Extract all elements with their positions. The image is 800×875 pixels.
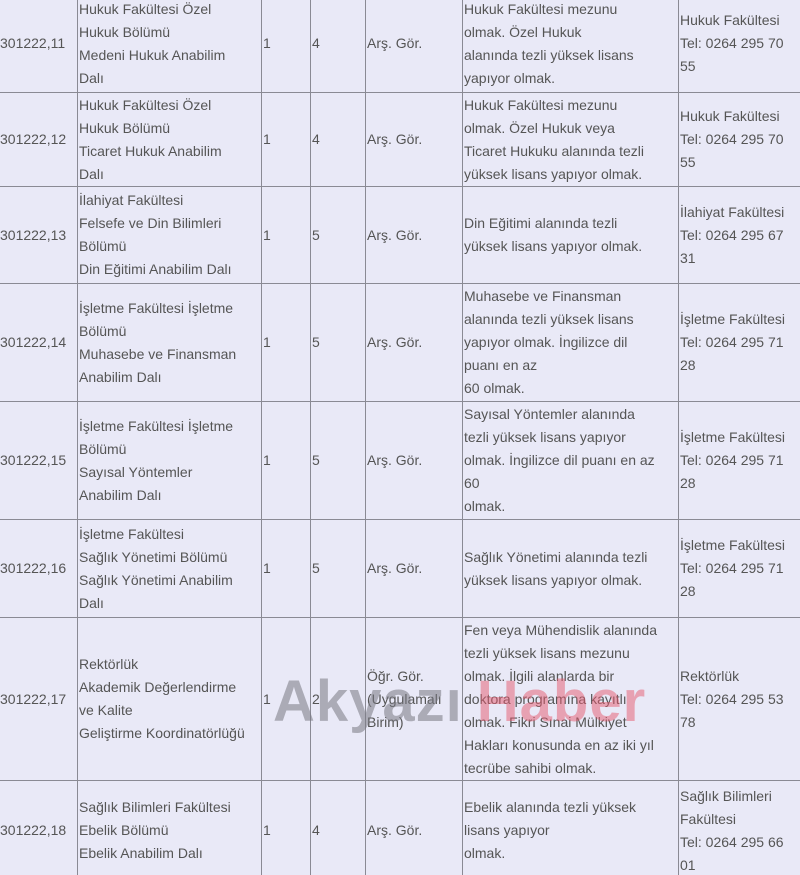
unit-line: Bölümü <box>79 438 260 461</box>
unit-line: Hukuk Fakültesi Özel <box>79 94 260 117</box>
contact-line: 55 <box>680 55 800 78</box>
requirements-line: Sağlık Yönetimi alanında tezli <box>464 546 677 569</box>
title-line: Arş. Gör. <box>367 449 461 472</box>
contact-line: Tel: 0264 295 70 <box>680 32 800 55</box>
count-cell: 1 <box>262 781 311 875</box>
title-line: Arş. Gör. <box>367 128 461 151</box>
table-row: 301222,18Sağlık Bilimleri FakültesiEbeli… <box>0 781 800 875</box>
title-line: Arş. Gör. <box>367 819 461 842</box>
requirements-line: olmak. İngilizce dil puanı en az <box>464 449 677 472</box>
unit-cell: RektörlükAkademik Değerlendirmeve Kalite… <box>78 618 262 781</box>
count-cell: 1 <box>262 402 311 520</box>
unit-line: Ticaret Hukuk Anabilim <box>79 140 260 163</box>
requirements-line: yüksek lisans yapıyor olmak. <box>464 569 677 592</box>
unit-line: Rektörlük <box>79 653 260 676</box>
unit-line: Hukuk Fakültesi Özel <box>79 0 260 21</box>
contact-line: Fakültesi <box>680 808 800 831</box>
requirements-line: alanında tezli yüksek lisans <box>464 44 677 67</box>
unit-line: Sağlık Yönetimi Bölümü <box>79 546 260 569</box>
contact-line: Hukuk Fakültesi <box>680 105 800 128</box>
contact-line: İlahiyat Fakültesi <box>680 201 800 224</box>
contact-cell: RektörlükTel: 0264 295 5378 <box>679 618 800 781</box>
requirements-line: Ticaret Hukuku alanında tezli <box>464 140 677 163</box>
contact-line: 01 <box>680 854 800 875</box>
contact-line: Tel: 0264 295 66 <box>680 831 800 854</box>
unit-cell: İşletme Fakültesi İşletmeBölümüMuhasebe … <box>78 284 262 402</box>
points-cell: 4 <box>311 0 366 93</box>
contact-line: Tel: 0264 295 71 <box>680 331 800 354</box>
unit-cell: Sağlık Bilimleri FakültesiEbelik BölümüE… <box>78 781 262 875</box>
unit-line: Ebelik Bölümü <box>79 819 260 842</box>
requirements-line: lisans yapıyor <box>464 819 677 842</box>
requirements-cell: Muhasebe ve Finansmanalanında tezli yüks… <box>463 284 679 402</box>
contact-line: Tel: 0264 295 71 <box>680 557 800 580</box>
table-row: 301222,16İşletme FakültesiSağlık Yönetim… <box>0 520 800 618</box>
unit-line: Sağlık Bilimleri Fakültesi <box>79 796 260 819</box>
requirements-line: tezli yüksek lisans yapıyor <box>464 426 677 449</box>
unit-line: Dalı <box>79 592 260 615</box>
table-row: 301222,17RektörlükAkademik Değerlendirme… <box>0 618 800 781</box>
requirements-cell: Din Eğitimi alanında tezliyüksek lisans … <box>463 187 679 284</box>
points-cell: 2 <box>311 618 366 781</box>
unit-line: Hukuk Bölümü <box>79 117 260 140</box>
requirements-cell: Ebelik alanında tezli yükseklisans yapıy… <box>463 781 679 875</box>
unit-line: İlahiyat Fakültesi <box>79 189 260 212</box>
requirements-line: Hukuk Fakültesi mezunu <box>464 94 677 117</box>
table-row: 301222,14İşletme Fakültesi İşletmeBölümü… <box>0 284 800 402</box>
requirements-line: 60 olmak. <box>464 377 677 400</box>
unit-line: Anabilim Dalı <box>79 366 260 389</box>
requirements-line: Din Eğitimi alanında tezli <box>464 212 677 235</box>
position-code-cell: 301222,14 <box>0 284 78 402</box>
requirements-line: doktora programına kayıtlı <box>464 688 677 711</box>
unit-line: Akademik Değerlendirme <box>79 676 260 699</box>
requirements-line: tecrübe sahibi olmak. <box>464 757 677 780</box>
unit-cell: İlahiyat FakültesiFelsefe ve Din Bilimle… <box>78 187 262 284</box>
contact-cell: Sağlık BilimleriFakültesiTel: 0264 295 6… <box>679 781 800 875</box>
title-cell: Arş. Gör. <box>366 0 463 93</box>
title-line: Öğr. Gör. <box>367 665 461 688</box>
unit-line: Din Eğitimi Anabilim Dalı <box>79 258 260 281</box>
requirements-line: Hukuk Fakültesi mezunu <box>464 0 677 21</box>
requirements-cell: Hukuk Fakültesi mezunuolmak. Özel Hukuka… <box>463 0 679 93</box>
requirements-cell: Fen veya Mühendislik alanındatezli yükse… <box>463 618 679 781</box>
count-cell: 1 <box>262 0 311 93</box>
points-cell: 4 <box>311 781 366 875</box>
requirements-line: puanı en az <box>464 354 677 377</box>
requirements-line: alanında tezli yüksek lisans <box>464 308 677 331</box>
unit-line: Sağlık Yönetimi Anabilim <box>79 569 260 592</box>
position-code-cell: 301222,13 <box>0 187 78 284</box>
requirements-line: yüksek lisans yapıyor olmak. <box>464 163 677 186</box>
unit-line: Medeni Hukuk Anabilim <box>79 44 260 67</box>
contact-line: İşletme Fakültesi <box>680 534 800 557</box>
requirements-line: Sayısal Yöntemler alanında <box>464 403 677 426</box>
title-cell: Arş. Gör. <box>366 284 463 402</box>
requirements-line: yüksek lisans yapıyor olmak. <box>464 235 677 258</box>
unit-line: İşletme Fakültesi İşletme <box>79 415 260 438</box>
contact-line: İşletme Fakültesi <box>680 426 800 449</box>
title-cell: Arş. Gör. <box>366 187 463 284</box>
count-cell: 1 <box>262 618 311 781</box>
position-code-cell: 301222,18 <box>0 781 78 875</box>
title-cell: Arş. Gör. <box>366 781 463 875</box>
requirements-line: olmak. <box>464 842 677 865</box>
unit-line: Hukuk Bölümü <box>79 21 260 44</box>
requirements-line: olmak. Özel Hukuk <box>464 21 677 44</box>
unit-line: Bölümü <box>79 235 260 258</box>
table-row: 301222,12Hukuk Fakültesi ÖzelHukuk Bölüm… <box>0 93 800 187</box>
requirements-line: olmak. İlgili alanlarda bir <box>464 665 677 688</box>
contact-line: İşletme Fakültesi <box>680 308 800 331</box>
requirements-line: yapıyor olmak. İngilizce dil <box>464 331 677 354</box>
title-line: Birim) <box>367 711 461 734</box>
unit-line: Sayısal Yöntemler <box>79 461 260 484</box>
contact-line: Tel: 0264 295 67 <box>680 224 800 247</box>
contact-cell: Hukuk FakültesiTel: 0264 295 7055 <box>679 0 800 93</box>
contact-line: 78 <box>680 711 800 734</box>
contact-line: Hukuk Fakültesi <box>680 9 800 32</box>
unit-line: Dalı <box>79 67 260 90</box>
requirements-line: Muhasebe ve Finansman <box>464 285 677 308</box>
unit-cell: İşletme Fakültesi İşletmeBölümüSayısal Y… <box>78 402 262 520</box>
contact-line: 28 <box>680 580 800 603</box>
position-code-cell: 301222,15 <box>0 402 78 520</box>
table-row: 301222,11Hukuk Fakültesi ÖzelHukuk Bölüm… <box>0 0 800 93</box>
contact-line: 55 <box>680 151 800 174</box>
title-line: Arş. Gör. <box>367 331 461 354</box>
points-cell: 4 <box>311 93 366 187</box>
requirements-line: olmak. Özel Hukuk veya <box>464 117 677 140</box>
contact-cell: İşletme FakültesiTel: 0264 295 7128 <box>679 520 800 618</box>
points-cell: 5 <box>311 402 366 520</box>
contact-cell: Hukuk FakültesiTel: 0264 295 7055 <box>679 93 800 187</box>
contact-line: 31 <box>680 247 800 270</box>
contact-line: Rektörlük <box>680 665 800 688</box>
requirements-cell: Hukuk Fakültesi mezunuolmak. Özel Hukuk … <box>463 93 679 187</box>
count-cell: 1 <box>262 93 311 187</box>
title-line: Arş. Gör. <box>367 224 461 247</box>
unit-cell: Hukuk Fakültesi ÖzelHukuk BölümüTicaret … <box>78 93 262 187</box>
requirements-line: yapıyor olmak. <box>464 67 677 90</box>
title-line: Arş. Gör. <box>367 32 461 55</box>
table-row: 301222,15İşletme Fakültesi İşletmeBölümü… <box>0 402 800 520</box>
contact-line: Tel: 0264 295 70 <box>680 128 800 151</box>
unit-line: ve Kalite <box>79 699 260 722</box>
table-row: 301222,13İlahiyat FakültesiFelsefe ve Di… <box>0 187 800 284</box>
count-cell: 1 <box>262 284 311 402</box>
contact-line: Sağlık Bilimleri <box>680 785 800 808</box>
unit-line: Ebelik Anabilim Dalı <box>79 842 260 865</box>
unit-cell: Hukuk Fakültesi ÖzelHukuk BölümüMedeni H… <box>78 0 262 93</box>
contact-line: Tel: 0264 295 53 <box>680 688 800 711</box>
requirements-line: Ebelik alanında tezli yüksek <box>464 796 677 819</box>
requirements-line: olmak. <box>464 495 677 518</box>
contact-line: Tel: 0264 295 71 <box>680 449 800 472</box>
unit-line: Dalı <box>79 163 260 186</box>
requirements-cell: Sağlık Yönetimi alanında tezliyüksek lis… <box>463 520 679 618</box>
contact-cell: İşletme FakültesiTel: 0264 295 7128 <box>679 402 800 520</box>
unit-line: Muhasebe ve Finansman <box>79 343 260 366</box>
position-code-cell: 301222,17 <box>0 618 78 781</box>
title-cell: Arş. Gör. <box>366 402 463 520</box>
unit-line: Felsefe ve Din Bilimleri <box>79 212 260 235</box>
requirements-cell: Sayısal Yöntemler alanındatezli yüksek l… <box>463 402 679 520</box>
title-line: (Uygulamalı <box>367 688 461 711</box>
requirements-line: Hakları konusunda en az iki yıl <box>464 734 677 757</box>
position-code-cell: 301222,11 <box>0 0 78 93</box>
table-body: 301222,11Hukuk Fakültesi ÖzelHukuk Bölüm… <box>0 0 800 875</box>
title-cell: Arş. Gör. <box>366 520 463 618</box>
unit-line: Geliştirme Koordinatörlüğü <box>79 722 260 745</box>
points-cell: 5 <box>311 520 366 618</box>
contact-line: 28 <box>680 472 800 495</box>
count-cell: 1 <box>262 187 311 284</box>
staff-positions-table: 301222,11Hukuk Fakültesi ÖzelHukuk Bölüm… <box>0 0 800 875</box>
unit-line: Anabilim Dalı <box>79 484 260 507</box>
position-code-cell: 301222,12 <box>0 93 78 187</box>
requirements-line: 60 <box>464 472 677 495</box>
title-line: Arş. Gör. <box>367 557 461 580</box>
requirements-line: tezli yüksek lisans mezunu <box>464 642 677 665</box>
contact-line: 28 <box>680 354 800 377</box>
unit-cell: İşletme FakültesiSağlık Yönetimi BölümüS… <box>78 520 262 618</box>
requirements-line: olmak. Fikri Sınai Mülkiyet <box>464 711 677 734</box>
position-code-cell: 301222,16 <box>0 520 78 618</box>
points-cell: 5 <box>311 187 366 284</box>
title-cell: Arş. Gör. <box>366 93 463 187</box>
count-cell: 1 <box>262 520 311 618</box>
contact-cell: İlahiyat FakültesiTel: 0264 295 6731 <box>679 187 800 284</box>
title-cell: Öğr. Gör.(UygulamalıBirim) <box>366 618 463 781</box>
points-cell: 5 <box>311 284 366 402</box>
unit-line: İşletme Fakültesi İşletme <box>79 297 260 320</box>
unit-line: İşletme Fakültesi <box>79 523 260 546</box>
contact-cell: İşletme FakültesiTel: 0264 295 7128 <box>679 284 800 402</box>
requirements-line: Fen veya Mühendislik alanında <box>464 619 677 642</box>
unit-line: Bölümü <box>79 320 260 343</box>
